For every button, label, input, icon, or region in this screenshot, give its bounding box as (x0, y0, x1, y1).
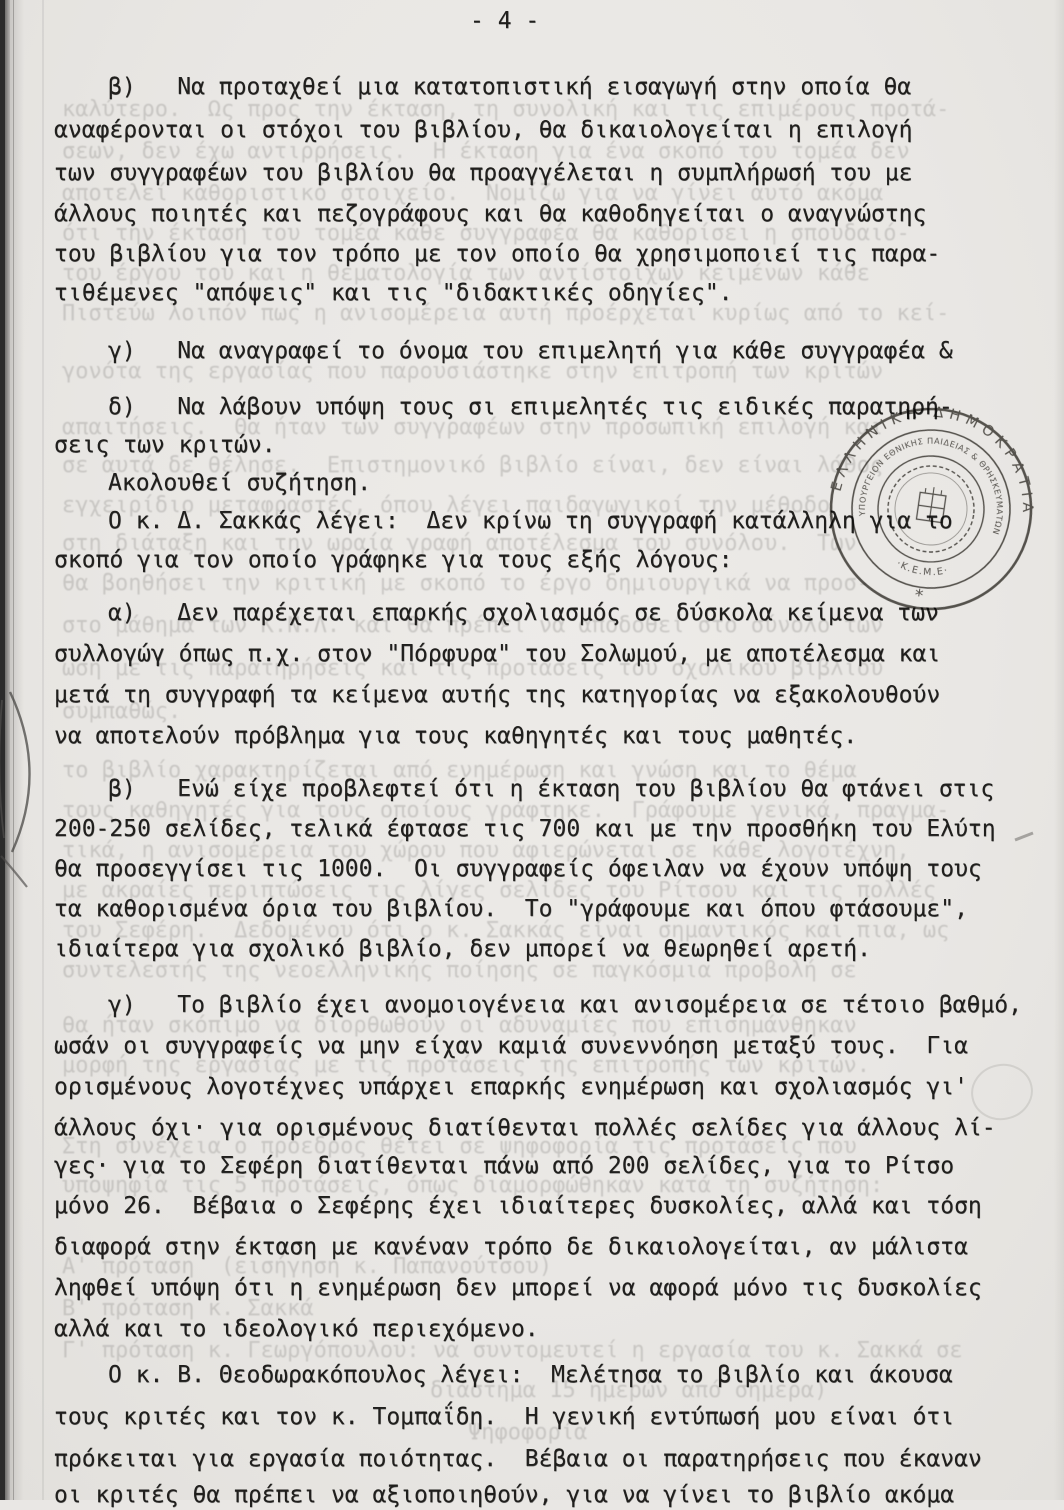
text-line: άλλους όχι· για ορισμένους διατίθενται π… (54, 1113, 996, 1143)
text-line: ληφθεί υπόψη ότι η ενημέρωση δεν μπορεί … (54, 1273, 982, 1303)
text-line: διαφορά στην έκταση με κανέναν τρόπο δε … (54, 1232, 968, 1262)
text-line: των συγγραφέων του βιβλίου θα προαγγέλετ… (54, 158, 913, 188)
text-line: αλλά και το ιδεολογικό περιεχόμενο. (54, 1314, 539, 1344)
text-line: σεις των κριτών. (54, 430, 276, 460)
text-line: γ) Το βιβλίο έχει ανομοιογένεια και ανισ… (108, 990, 1022, 1020)
paper-fold-line-faint (42, 0, 44, 1500)
text-line: β) Να προταχθεί μια κατατοπιστική εισαγω… (108, 72, 911, 102)
text-line: συλλογώγ όπως π.χ. στον "Πόρφυρα" του Σο… (54, 639, 940, 669)
text-line: β) Ενώ είχε προβλεφτεί ότι η έκταση του … (108, 774, 994, 804)
text-line: τιθέμενες "απόψεις" και τις "διδακτικές … (54, 278, 733, 308)
text-line: ορισμένους λογοτέχνες υπάρχει επαρκής εν… (54, 1072, 968, 1102)
text-line: τα καθορισμένα όρια του βιβλίου. Το "γρά… (54, 894, 968, 924)
text-line: γες· για το Σεφέρη διατίθενται πάνω από … (54, 1151, 954, 1181)
text-line: τους κριτές και τον κ. Τομπαΐδη. Η γενικ… (54, 1402, 954, 1432)
text-line: αναφέρονται οι στόχοι του βιβλίου, θα δι… (54, 115, 913, 145)
text-line: Ακολουθεί συζήτηση. (108, 468, 371, 498)
scanned-document-page: καλύτερο. Ως προς την έκταση, τη συνολικ… (0, 0, 1064, 1500)
text-line: ιδιαίτερα για σχολικό βιβλίο, δεν μπορεί… (54, 934, 871, 964)
text-line: πρόκειται για εργασία ποιότητας. Βέβαια … (54, 1444, 982, 1474)
official-stamp: ΕΛΛΗΝΙΚΗ ΔΗΜΟΚΡΑΤΙΑ ΥΠΟΥΡΓΕΙΟΝ ΕΘΝΙΚΗΣ Π… (803, 381, 1058, 636)
text-line: μόνο 26. Βέβαια ο Σεφέρης έχει ιδιαίτερε… (54, 1191, 982, 1221)
stamp-star: * (913, 586, 924, 607)
scan-edge-right (1054, 0, 1064, 1500)
text-line: δ) Να λάβουν υπόψη τους σι επιμελητές τι… (108, 392, 953, 422)
text-line: Ο κ. Β. Θεοδωρακόπουλος λέγει: Μελέτησα … (108, 1360, 953, 1390)
text-line: μετά τη συγγραφή τα κείμενα αυτής της κα… (54, 680, 940, 710)
page-number: - 4 - (470, 8, 539, 34)
text-line: οι κριτές θα πρέπει να αξιοποιηθούν, για… (54, 1480, 954, 1500)
margin-dash-mark (1015, 833, 1033, 840)
text-line: του βιβλίου για τον τρόπο με τον οποίο θ… (54, 239, 940, 269)
text-line: ωσάν οι συγγραφείς να μην είχαν καμιά συ… (54, 1031, 968, 1061)
text-line: άλλους ποιητές και πεζογράφους και θα κα… (54, 199, 926, 229)
text-line: 200-250 σελίδες, τελικά έφτασε τις 700 κ… (54, 814, 996, 844)
stamp-graphic: ΕΛΛΗΝΙΚΗ ΔΗΜΟΚΡΑΤΙΑ ΥΠΟΥΡΓΕΙΟΝ ΕΘΝΙΚΗΣ Π… (803, 381, 1058, 636)
paper-fold-line (13, 0, 14, 1500)
text-line: θα προσεγγίσει τις 1000. Οι συγγραφείς ό… (54, 854, 982, 884)
text-line: σκοπό για τον οποίο γράφηκε για τους εξή… (54, 545, 733, 575)
text-line: γ) Να αναγραφεί το όνομα του επιμελητή γ… (108, 336, 953, 366)
text-line: να αποτελούν πρόβλημα για τους καθηγητές… (54, 721, 857, 751)
stamp-emblem (882, 460, 979, 557)
